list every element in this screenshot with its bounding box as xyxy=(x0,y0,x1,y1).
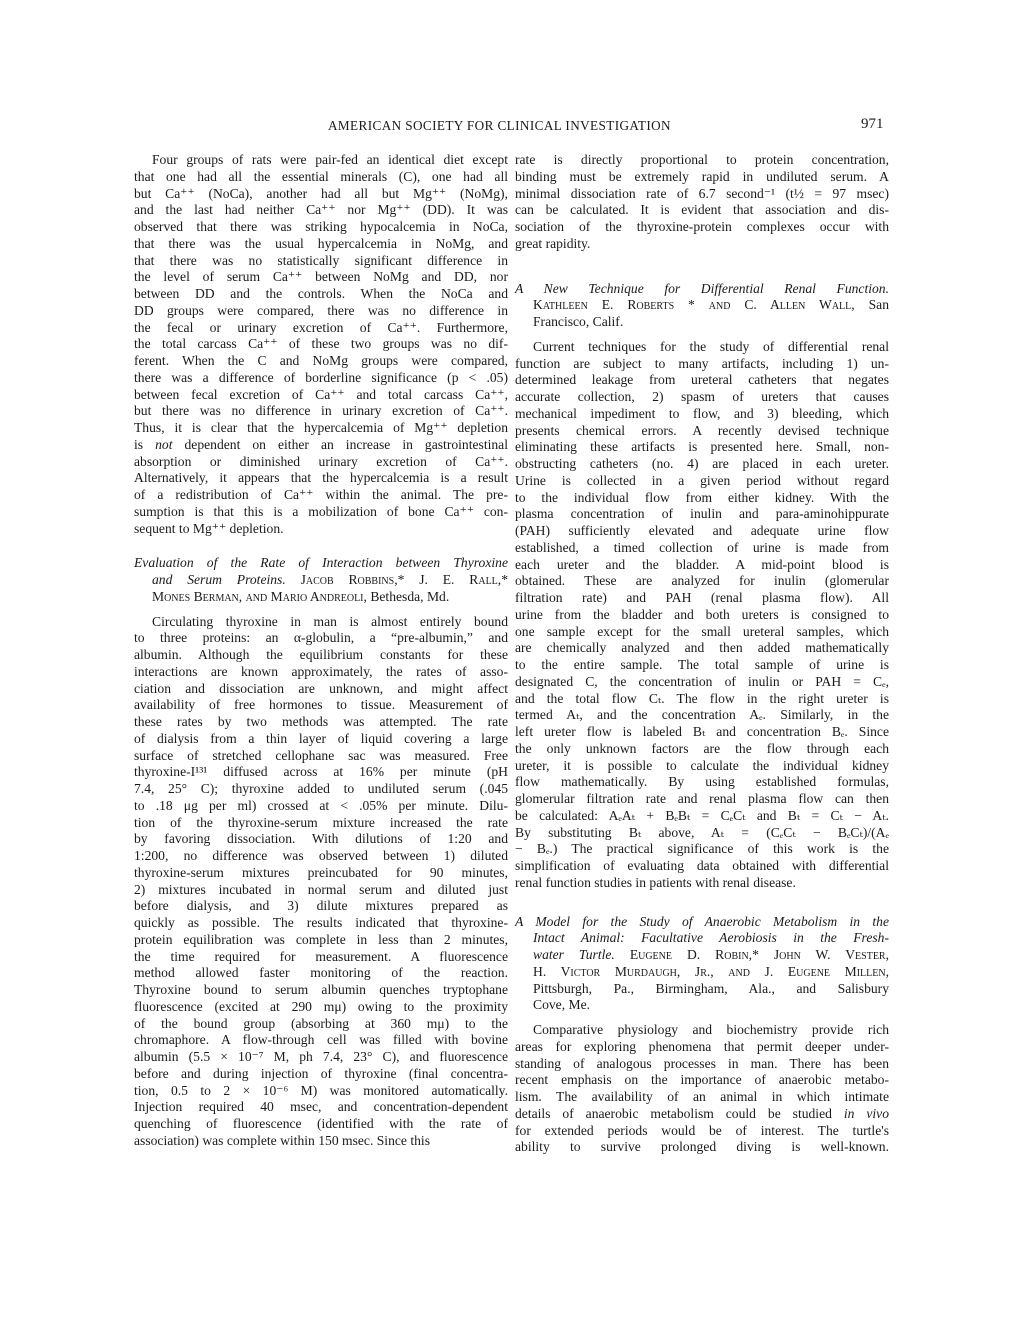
abstract-location: Bethesda, Md. xyxy=(370,589,449,604)
text-line: thyroxine-I¹³¹ diffused across at 16% pe… xyxy=(134,764,508,781)
text-line: sequent to Mg⁺⁺ depletion. xyxy=(134,521,508,538)
text-line: great rapidity. xyxy=(515,236,889,253)
section-gap xyxy=(134,537,508,555)
text-line: that there was no statistically signific… xyxy=(134,253,508,270)
text-line: Circulating thyroxine in man is almost e… xyxy=(134,614,508,631)
abstract-renal: A New Technique for Differential Renal F… xyxy=(515,281,889,892)
text-line: designated C, the concentration of inuli… xyxy=(515,674,889,691)
text-line: binding must be extremely rapid in undil… xyxy=(515,169,889,186)
text-line: sumption is that this is a mobilization … xyxy=(134,504,508,521)
text-line: 2) mixtures incubated in normal serum an… xyxy=(134,882,508,899)
text-line: association) was complete within 150 mse… xyxy=(134,1133,508,1150)
text-line: obstructing catheters (no. 4) are placed… xyxy=(515,456,889,473)
text-line: ability to survive prolonged diving is w… xyxy=(515,1139,889,1156)
text-line: accurate collection, 2) spasm of ureters… xyxy=(515,389,889,406)
text-line: to .18 μg per ml) crossed at < .05% per … xyxy=(134,798,508,815)
gap xyxy=(515,1014,889,1022)
text-line: between fecal excretion of Ca⁺⁺ and tota… xyxy=(134,387,508,404)
text-line: and the last had neither Ca⁺⁺ nor Mg⁺⁺ (… xyxy=(134,202,508,219)
text-line: 1:200, no difference was observed betwee… xyxy=(134,848,508,865)
section-gap xyxy=(515,253,889,281)
text-line: the level of serum Ca⁺⁺ between NoMg and… xyxy=(134,269,508,286)
section-gap xyxy=(515,892,889,914)
abstract-turtle: A Model for the Study of Anaerobic Metab… xyxy=(515,914,889,1157)
abstract-location-line: Francisco, Calif. xyxy=(515,314,889,331)
text-line: Current techniques for the study of diff… xyxy=(515,339,889,356)
text-line: determined leakage from ureteral cathete… xyxy=(515,372,889,389)
text-line: Thus, it is clear that the hypercalcemia… xyxy=(134,420,508,437)
text-line: ureter, it is possible to calculate the … xyxy=(515,758,889,775)
text-line: recent emphasis on the importance of ana… xyxy=(515,1072,889,1089)
left-column: Four groups of rats were pair-fed an ide… xyxy=(134,152,508,1150)
text-line: established, a timed collection of urine… xyxy=(515,540,889,557)
gap xyxy=(134,606,508,614)
text-line: termed Aₜ, and the concentration Aₑ. Sim… xyxy=(515,707,889,724)
text-line: Injection required 40 msec, and concentr… xyxy=(134,1099,508,1116)
text-line: filtration rate) and PAH (renal plasma f… xyxy=(515,590,889,607)
continuation-paragraph-left: Four groups of rats were pair-fed an ide… xyxy=(134,152,508,537)
text-line: but Ca⁺⁺ (NoCa), another had all but Mg⁺… xyxy=(134,186,508,203)
text-line: the total carcass Ca⁺⁺ of these two grou… xyxy=(134,336,508,353)
text-line: ferent. When the C and NoMg groups were … xyxy=(134,353,508,370)
text-line: chromaphore. A flow-through cell was fil… xyxy=(134,1032,508,1049)
abstract-location-line: Cove, Me. xyxy=(515,997,889,1014)
text-line: these rates by two methods was attempted… xyxy=(134,714,508,731)
text-line: each ureter and the bladder. A mid-point… xyxy=(515,557,889,574)
text-line: left ureter flow is labeled Bₜ and conce… xyxy=(515,724,889,741)
abstract-authors: Mones Berman, and Mario Andreoli, xyxy=(152,589,367,604)
text-line: that one had all the essential minerals … xyxy=(134,169,508,186)
text-line: standing of analogous processes in man. … xyxy=(515,1056,889,1073)
page-number: 971 xyxy=(861,116,884,133)
text-line: eliminating these artifacts is presented… xyxy=(515,439,889,456)
running-head-title: AMERICAN SOCIETY FOR CLINICAL INVESTIGAT… xyxy=(328,118,671,134)
text-line: between DD and the controls. When the No… xyxy=(134,286,508,303)
text-line: Urine is collected in a given period wit… xyxy=(515,473,889,490)
text-line: to three proteins: an α-globulin, a “pre… xyxy=(134,630,508,647)
text-line: availability of free hormones to tissue.… xyxy=(134,697,508,714)
text-line: rate is directly proportional to protein… xyxy=(515,152,889,169)
abstract-title-authors-line: water Turtle. Eugene D. Robin,* John W. … xyxy=(515,947,889,964)
text-line: glomerular filtration rate and renal pla… xyxy=(515,791,889,808)
text-line: plasma concentration of inulin and para-… xyxy=(515,506,889,523)
abstract-title-line: Intact Animal: Facultative Aerobiosis in… xyxy=(515,930,889,947)
text-line: the only unknown factors are the flow th… xyxy=(515,741,889,758)
text-line: Alternatively, it appears that the hyper… xyxy=(134,470,508,487)
text-line: minimal dissociation rate of 6.7 second⁻… xyxy=(515,186,889,203)
text-line: mechanical impediment to flow, and 3) bl… xyxy=(515,406,889,423)
abstract-thyroxine: Evaluation of the Rate of Interaction be… xyxy=(134,555,508,1149)
abstract-title-line: Evaluation of the Rate of Interaction be… xyxy=(134,555,508,572)
text-line: one sample except for the small ureteral… xyxy=(515,624,889,641)
text-line: renal function studies in patients with … xyxy=(515,875,889,892)
text-line: the time required for measurement. A flu… xyxy=(134,949,508,966)
text-line: quickly as possible. The results indicat… xyxy=(134,915,508,932)
abstract-authors: Eugene D. Robin,* John W. Vester, xyxy=(630,947,889,962)
text-line: be calculated: AₑAₜ + BₑBₜ = CₑCₜ and Bₜ… xyxy=(515,808,889,825)
text-line: fluorescence (excited at 290 mμ) owing t… xyxy=(134,999,508,1016)
abstract-authors-line: H. Victor Murdaugh, Jr., and J. Eugene M… xyxy=(515,964,889,981)
text-line: before dialysis, and 3) dilute mixtures … xyxy=(134,898,508,915)
text-line: the fecal or urinary excretion of Ca⁺⁺. … xyxy=(134,320,508,337)
abstract-title-line: A New Technique for Differential Renal F… xyxy=(515,281,889,298)
abstract-location-line: Pittsburgh, Pa., Birmingham, Ala., and S… xyxy=(515,981,889,998)
text-line: sociation of the thyroxine-protein compl… xyxy=(515,219,889,236)
text-line: ciation and dissociation are unknown, an… xyxy=(134,681,508,698)
text-line: function are subject to many artifacts, … xyxy=(515,356,889,373)
continuation-paragraph-right: rate is directly proportional to protein… xyxy=(515,152,889,253)
abstract-authors-line: Mones Berman, and Mario Andreoli, Bethes… xyxy=(134,589,508,606)
text-line: of the bound group (absorbing at 360 mμ)… xyxy=(134,1016,508,1033)
text-line: areas for exploring phenomena that permi… xyxy=(515,1039,889,1056)
text-line: surface of stretched cellophane sac was … xyxy=(134,748,508,765)
text-line: by favoring dissociation. With dilutions… xyxy=(134,831,508,848)
abstract-title-line: and Serum Proteins. xyxy=(152,572,286,587)
right-column: rate is directly proportional to protein… xyxy=(515,152,889,1156)
abstract-location: San xyxy=(869,297,889,312)
text-line: quenching of fluorescence (identified wi… xyxy=(134,1116,508,1133)
text-line: but there was no difference in urinary e… xyxy=(134,403,508,420)
text-line: obtained. These are analyzed for inulin … xyxy=(515,573,889,590)
text-line: albumin (5.5 × 10⁻⁷ M, ph 7.4, 23° C), a… xyxy=(134,1049,508,1066)
text-line: for extended periods would be of interes… xyxy=(515,1123,889,1140)
text-line: urine from the bladder and both ureters … xyxy=(515,607,889,624)
text-line: (PAH) sufficiently elevated and adequate… xyxy=(515,523,889,540)
text-line: to the entire sample. The total sample o… xyxy=(515,657,889,674)
text-line: Four groups of rats were pair-fed an ide… xyxy=(134,152,508,169)
text-line: Comparative physiology and biochemistry … xyxy=(515,1022,889,1039)
text-line: absorption or diminished urinary excreti… xyxy=(134,454,508,471)
text-line: of dialysis from a thin layer of liquid … xyxy=(134,731,508,748)
abstract-authors: Kathleen E. Roberts * and C. Allen Wall, xyxy=(533,297,855,312)
abstract-authors-line: Kathleen E. Roberts * and C. Allen Wall,… xyxy=(515,297,889,314)
text-line: details of anaerobic metabolism could be… xyxy=(515,1106,889,1123)
abstract-body: Comparative physiology and biochemistry … xyxy=(515,1022,889,1156)
abstract-title-authors-line: and Serum Proteins. Jacob Robbins,* J. E… xyxy=(134,572,508,589)
text-line: − Bₑ.) The practical significance of thi… xyxy=(515,841,889,858)
text-line: can be calculated. It is evident that as… xyxy=(515,202,889,219)
text-line: tion, 0.5 to 2 × 10⁻⁶ M) was monitored a… xyxy=(134,1083,508,1100)
text-line: DD groups were compared, there was no di… xyxy=(134,303,508,320)
abstract-body: Current techniques for the study of diff… xyxy=(515,339,889,892)
text-line: there was a difference of borderline sig… xyxy=(134,370,508,387)
text-line: 7.4, 25° C); thyroxine added to undilute… xyxy=(134,781,508,798)
text-line: presents chemical errors. A recently dev… xyxy=(515,423,889,440)
text-line: tion of the thyroxine-serum mixture incr… xyxy=(134,815,508,832)
text-line: before and during injection of thyroxine… xyxy=(134,1066,508,1083)
text-line: lism. The availability of an animal in w… xyxy=(515,1089,889,1106)
text-line: that there was the usual hypercalcemia i… xyxy=(134,236,508,253)
text-line: observed that there was striking hypocal… xyxy=(134,219,508,236)
text-line: thyroxine-serum mixtures preincubated fo… xyxy=(134,865,508,882)
text-line: By substituting Bₜ above, Aₜ = (CₑCₜ − B… xyxy=(515,825,889,842)
text-line: to the individual flow from either kidne… xyxy=(515,490,889,507)
text-line: Thyroxine bound to serum albumin quenche… xyxy=(134,982,508,999)
text-line: method allowed faster monitoring of the … xyxy=(134,965,508,982)
text-line: simplification of evaluating data obtain… xyxy=(515,858,889,875)
text-line: and the total flow Cₜ. The flow in the r… xyxy=(515,691,889,708)
text-line: interactions are known approximately, th… xyxy=(134,664,508,681)
text-line: flow mathematically. By using establishe… xyxy=(515,774,889,791)
text-line: albumin. Although the equilibrium consta… xyxy=(134,647,508,664)
text-line: are chemically analyzed and then added m… xyxy=(515,640,889,657)
abstract-body: Circulating thyroxine in man is almost e… xyxy=(134,614,508,1150)
text-line: protein equilibration was complete in le… xyxy=(134,932,508,949)
abstract-title-line: A Model for the Study of Anaerobic Metab… xyxy=(515,914,889,931)
gap xyxy=(515,331,889,339)
abstract-authors: Jacob Robbins,* J. E. Rall,* xyxy=(301,572,508,587)
text-line: is not dependent on either an increase i… xyxy=(134,437,508,454)
text-line: of a redistribution of Ca⁺⁺ within the a… xyxy=(134,487,508,504)
abstract-title-line: water Turtle. xyxy=(533,947,615,962)
